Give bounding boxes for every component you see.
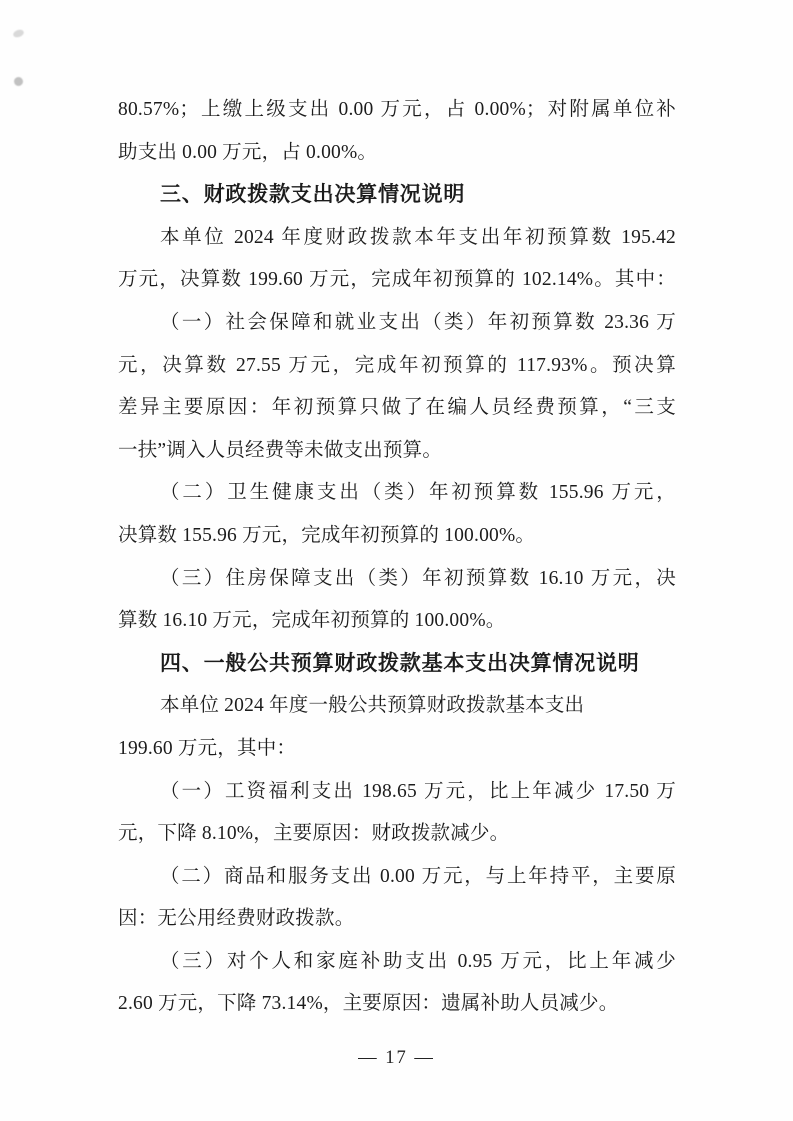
text-line: 2.60 万元，下降 73.14%，主要原因：遗属补助人员减少。 <box>118 983 676 1026</box>
text-line: 万元，决算数 199.60 万元，完成年初预算的 102.14%。其中： <box>118 259 676 302</box>
section-heading: 三、财政拨款支出决算情况说明 <box>118 174 676 217</box>
text-line: （一）社会保障和就业支出（类）年初预算数 23.36 万 <box>118 302 676 345</box>
text-line: 因：无公用经费财政拨款。 <box>118 898 676 941</box>
text-line: 本单位 2024 年度财政拨款本年支出年初预算数 195.42 <box>118 217 676 260</box>
text-line: （三）对个人和家庭补助支出 0.95 万元，比上年减少 <box>118 941 676 984</box>
text-line: （一）工资福利支出 198.65 万元，比上年减少 17.50 万 <box>118 771 676 814</box>
page-number: — 17 — <box>0 1042 793 1074</box>
text-line: 元，下降 8.10%，主要原因：财政拨款减少。 <box>118 813 676 856</box>
text-line: 算数 16.10 万元，完成年初预算的 100.00%。 <box>118 600 676 643</box>
text-line: （二）商品和服务支出 0.00 万元，与上年持平，主要原 <box>118 856 676 899</box>
text-line: 本单位 2024 年度一般公共预算财政拨款基本支出 <box>118 685 676 728</box>
document-body: 80.57%；上缴上级支出 0.00 万元，占 0.00%；对附属单位补 助支出… <box>118 89 676 1026</box>
scan-speck <box>13 76 24 87</box>
text-line: 差异主要原因：年初预算只做了在编人员经费预算，“三支 <box>118 387 676 430</box>
scan-speck <box>12 28 25 38</box>
text-line: 一扶”调入人员经费等未做支出预算。 <box>118 430 676 473</box>
text-line: 助支出 0.00 万元，占 0.00%。 <box>118 132 676 175</box>
document-page: 80.57%；上缴上级支出 0.00 万元，占 0.00%；对附属单位补 助支出… <box>0 0 793 1121</box>
text-line: 决算数 155.96 万元，完成年初预算的 100.00%。 <box>118 515 676 558</box>
text-line: （二）卫生健康支出（类）年初预算数 155.96 万元， <box>118 472 676 515</box>
text-line: 199.60 万元，其中： <box>118 728 676 771</box>
section-heading: 四、一般公共预算财政拨款基本支出决算情况说明 <box>118 643 676 686</box>
text-line: （三）住房保障支出（类）年初预算数 16.10 万元，决 <box>118 558 676 601</box>
text-line: 80.57%；上缴上级支出 0.00 万元，占 0.00%；对附属单位补 <box>118 89 676 132</box>
text-line: 元，决算数 27.55 万元，完成年初预算的 117.93%。预决算 <box>118 345 676 388</box>
